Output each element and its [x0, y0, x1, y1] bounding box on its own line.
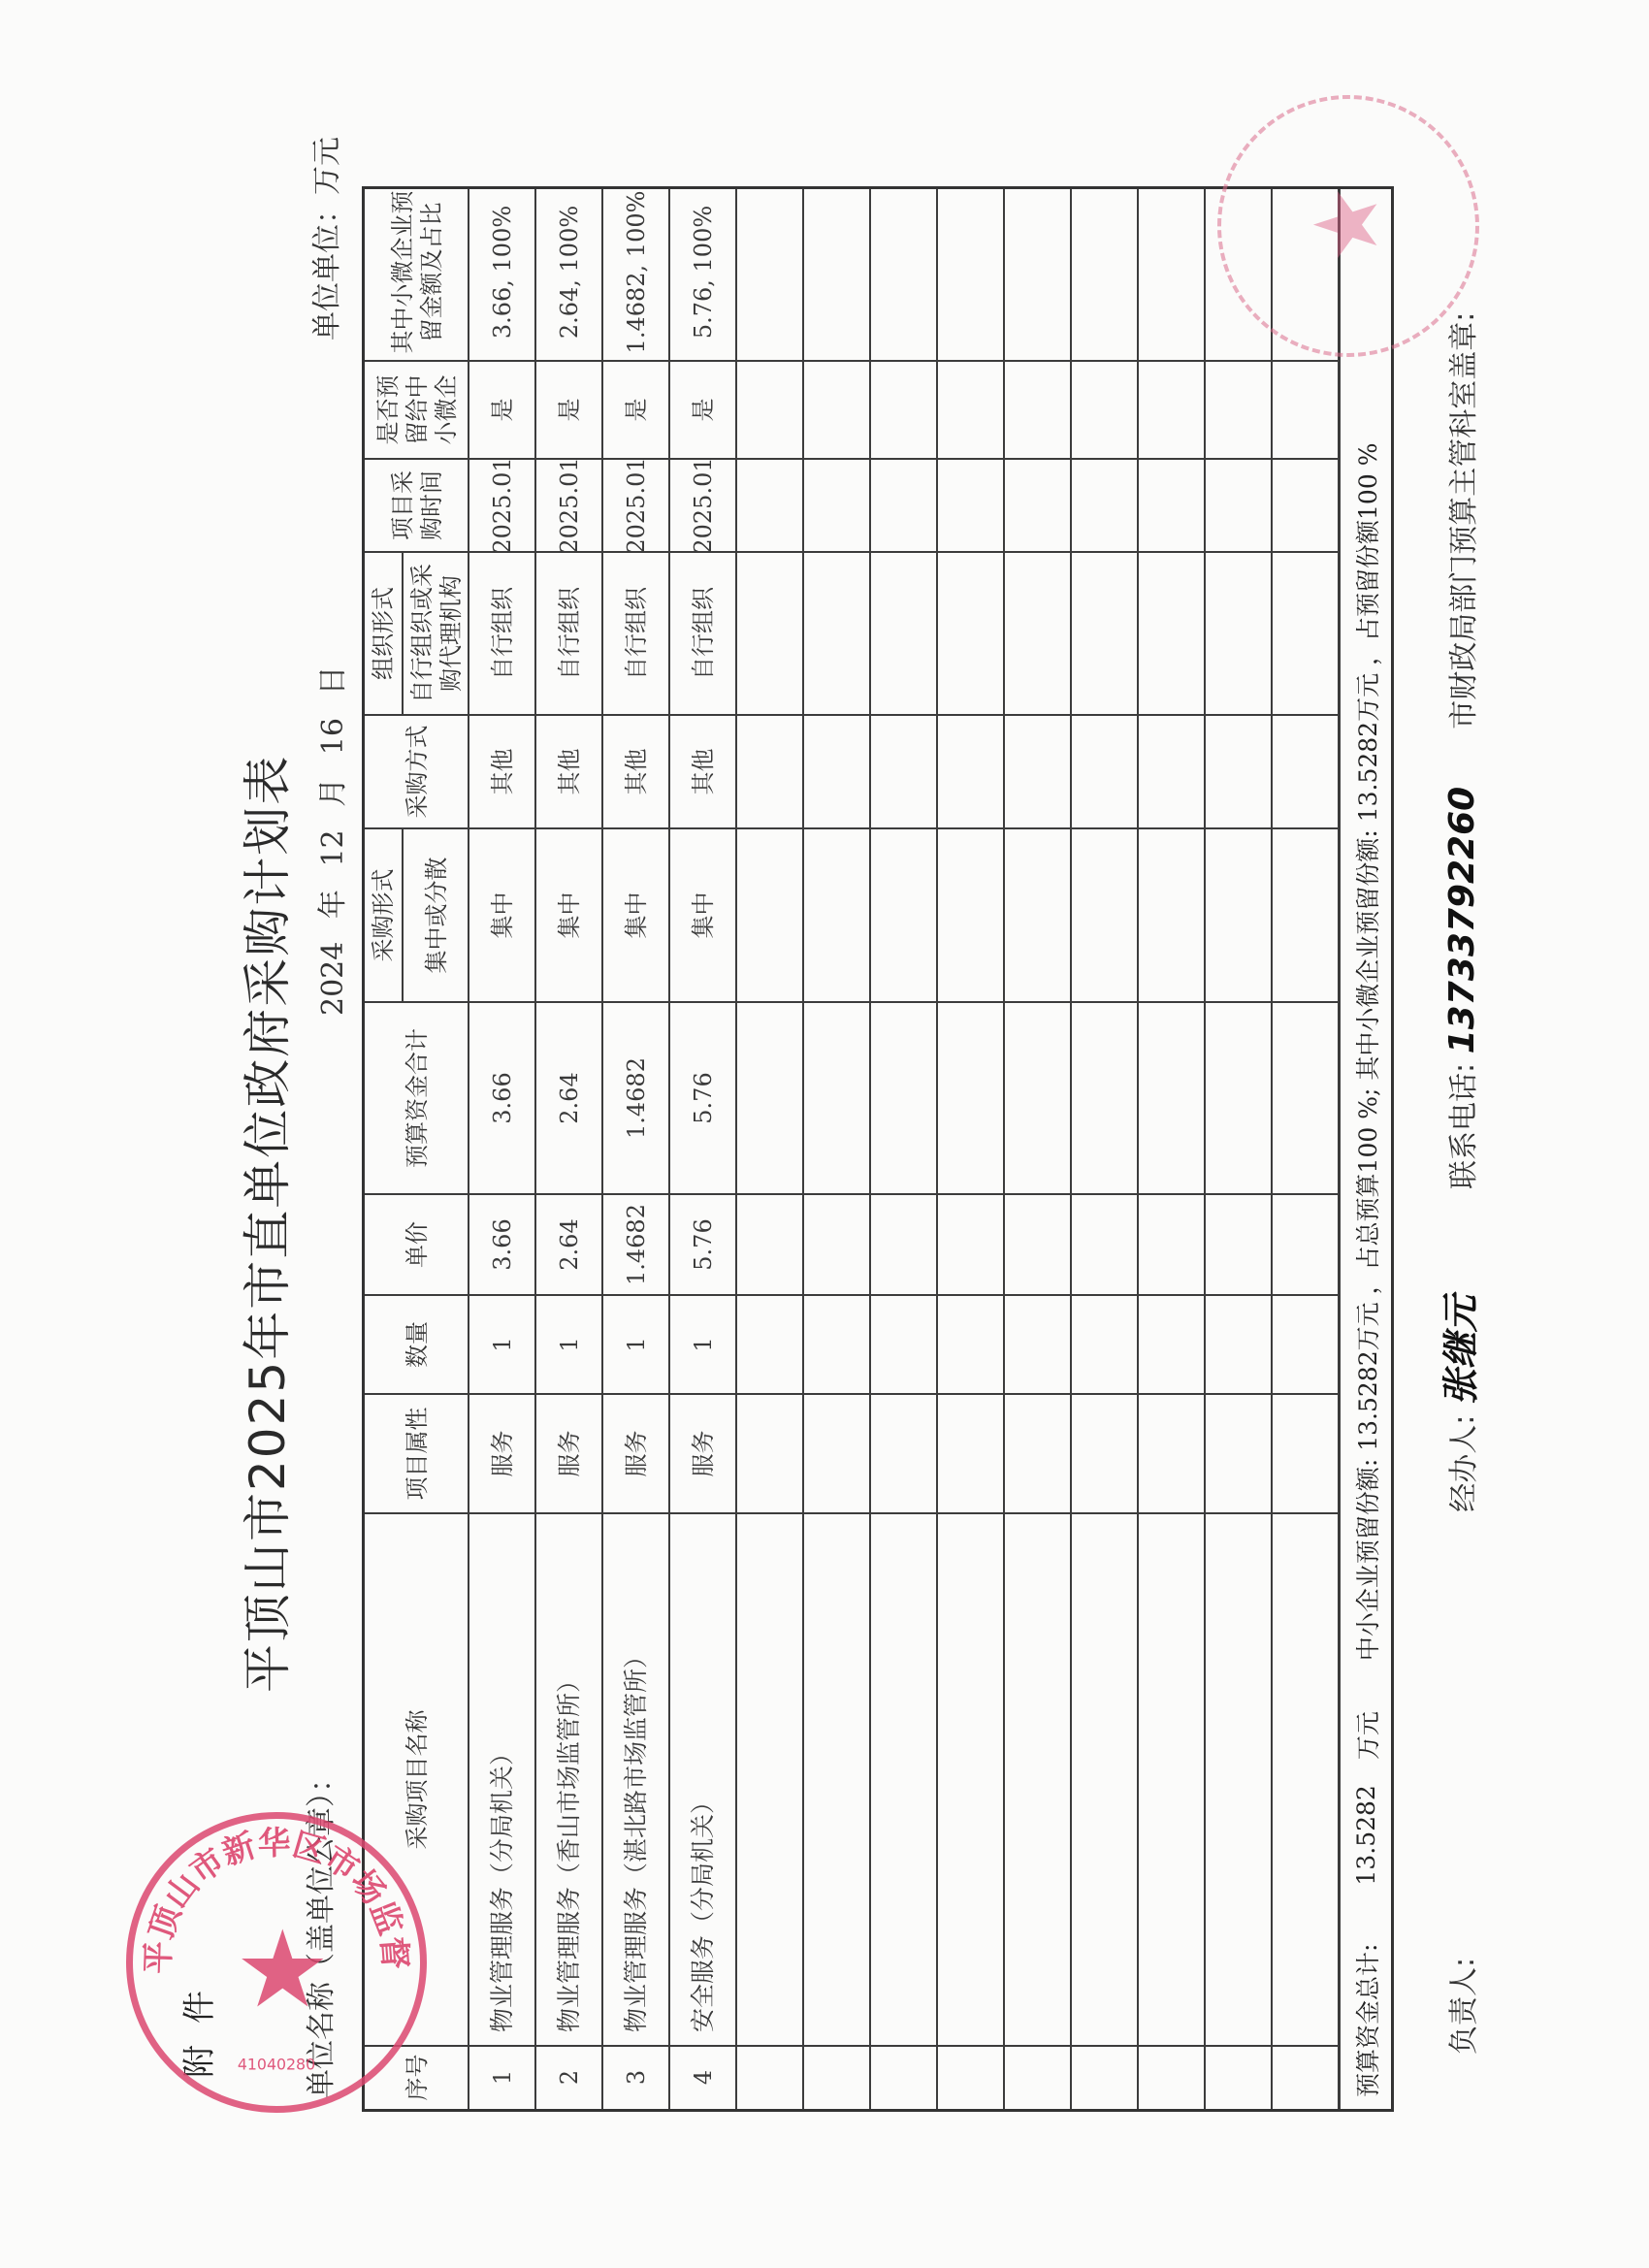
- total-budget-label: 预算资金总计:: [1349, 1944, 1384, 2097]
- table-cell-reserved: 是: [669, 361, 736, 459]
- grid-line: [1003, 189, 1005, 2109]
- table-cell-method: 其他: [602, 715, 669, 828]
- table-cell-attr: 服务: [469, 1394, 535, 1513]
- phone-label: 联系电话:: [1447, 1063, 1481, 1189]
- column-header-unit_price: 单价: [365, 1194, 469, 1295]
- procurement-table: 预算资金总计: 13.5282 万元 中小企业预留份额: 13.5282万元 ，…: [362, 186, 1394, 2112]
- table-cell-seq: 3: [602, 2046, 669, 2109]
- table-cell-reserved_amount: 3.66, 100%: [469, 183, 535, 361]
- date-year: 2024: [316, 942, 350, 1016]
- official-seal-right: ★: [1217, 95, 1479, 357]
- table-cell-org: 自行组织: [669, 552, 736, 715]
- table-cell-method: 其他: [535, 715, 602, 828]
- column-header-method: 采购方式: [365, 715, 469, 828]
- sme-reserved-summary: 中小企业预留份额: 13.5282万元 ，占总预算100 %; 其中小微企业预留…: [1349, 443, 1384, 1662]
- table-cell-reserved: 是: [602, 361, 669, 459]
- table-cell-name: 安全服务（分局机关）: [669, 1513, 736, 2046]
- signature-line: 负责人: 经办人: 张继元 联系电话: 13733792260 市财政局部门预算…: [1431, 312, 1484, 2055]
- table-cell-budget: 5.76: [669, 1002, 736, 1194]
- table-cell-method: 其他: [469, 715, 535, 828]
- column-group-header: 采购形式: [365, 828, 404, 1002]
- column-header-form: 集中或分散: [404, 828, 469, 1002]
- total-budget-unit: 万元: [1349, 1711, 1384, 1760]
- table-cell-unit_price: 3.66: [469, 1194, 535, 1295]
- table-cell-reserved: 是: [469, 361, 535, 459]
- date-year-suffix: 年: [316, 890, 350, 919]
- column-header-attr: 项目属性: [365, 1394, 469, 1513]
- table-cell-unit_price: 2.64: [535, 1194, 602, 1295]
- date-month: 12: [316, 829, 350, 866]
- table-cell-time: 2025.01: [469, 459, 535, 552]
- procurement-plan-page: 附件 单位名称（盖单位公章）： 平顶山市2025年市直单位政府采购计划表 202…: [0, 0, 1649, 2268]
- star-icon: ★: [1304, 185, 1391, 264]
- handler-signature: 张继元: [1439, 1295, 1482, 1406]
- total-budget-value: 13.5282: [1352, 1785, 1380, 1885]
- currency-unit-label: 单位单位：万元: [303, 137, 345, 340]
- grid-line: [936, 189, 938, 2109]
- table-cell-form: 集中: [469, 828, 535, 1002]
- table-cell-seq: 4: [669, 2046, 736, 2109]
- column-header-budget: 预算资金合计: [365, 1002, 469, 1194]
- handler-label: 经办人:: [1447, 1415, 1481, 1512]
- table-cell-qty: 1: [469, 1295, 535, 1394]
- table-cell-reserved: 是: [535, 361, 602, 459]
- table-cell-org: 自行组织: [535, 552, 602, 715]
- date-day-suffix: 日: [316, 666, 350, 696]
- responsible-label: 负责人:: [1447, 1958, 1481, 2055]
- table-cell-budget: 1.4682: [602, 1002, 669, 1194]
- table-cell-name: 物业管理服务（分局机关）: [469, 1513, 535, 2046]
- grid-line: [1204, 189, 1206, 2109]
- table-cell-unit_price: 1.4682: [602, 1194, 669, 1295]
- column-header-reserved_amount: 其中小微企业预留金额及占比: [365, 183, 469, 361]
- table-cell-org: 自行组织: [469, 552, 535, 715]
- grid-line: [1137, 189, 1139, 2109]
- table-cell-attr: 服务: [669, 1394, 736, 1513]
- finance-dept-seal-label: 市财政局部门预算主管科室盖章:: [1447, 312, 1481, 729]
- official-seal-left: 平顶山市新华区市场监督管理局 41040280 ★: [126, 1812, 427, 2113]
- table-cell-seq: 2: [535, 2046, 602, 2109]
- table-cell-name: 物业管理服务（湛北路市场监管所）: [602, 1513, 669, 2046]
- table-cell-org: 自行组织: [602, 552, 669, 715]
- table-cell-seq: 1: [469, 2046, 535, 2109]
- grid-line: [1070, 189, 1072, 2109]
- grid-line: [1271, 189, 1273, 2109]
- svg-text:41040280: 41040280: [238, 2056, 315, 2074]
- table-cell-unit_price: 5.76: [669, 1194, 736, 1295]
- table-cell-reserved_amount: 5.76, 100%: [669, 183, 736, 361]
- table-cell-time: 2025.01: [535, 459, 602, 552]
- date-line: 2024 年 12 月 16 日: [308, 666, 351, 1016]
- table-cell-name: 物业管理服务（香山市场监管所）: [535, 1513, 602, 2046]
- star-icon: ★: [235, 1916, 331, 2023]
- grid-line: [1338, 189, 1341, 2109]
- date-month-suffix: 月: [316, 778, 350, 807]
- phone-value: 13733792260: [1442, 787, 1482, 1054]
- table-cell-time: 2025.01: [669, 459, 736, 552]
- table-cell-qty: 1: [535, 1295, 602, 1394]
- date-day: 16: [316, 718, 350, 755]
- table-cell-qty: 1: [669, 1295, 736, 1394]
- table-cell-form: 集中: [602, 828, 669, 1002]
- column-header-qty: 数量: [365, 1295, 469, 1394]
- table-cell-form: 集中: [535, 828, 602, 1002]
- table-cell-form: 集中: [669, 828, 736, 1002]
- column-header-reserved: 是否预留给中小微企: [365, 361, 469, 459]
- table-cell-attr: 服务: [535, 1394, 602, 1513]
- table-cell-reserved_amount: 2.64, 100%: [535, 183, 602, 361]
- table-cell-budget: 3.66: [469, 1002, 535, 1194]
- column-header-time: 项目采购时间: [365, 459, 469, 552]
- table-footer-row: 预算资金总计: 13.5282 万元 中小企业预留份额: 13.5282万元 ，…: [1339, 189, 1394, 2109]
- table-cell-reserved_amount: 1.4682, 100%: [602, 183, 669, 361]
- column-header-org: 自行组织或采购代理机构: [404, 552, 469, 715]
- grid-line: [802, 189, 804, 2109]
- grid-line: [869, 189, 871, 2109]
- table-cell-time: 2025.01: [602, 459, 669, 552]
- column-group-header: 组织形式: [365, 552, 404, 715]
- table-cell-budget: 2.64: [535, 1002, 602, 1194]
- table-cell-method: 其他: [669, 715, 736, 828]
- table-cell-qty: 1: [602, 1295, 669, 1394]
- table-cell-attr: 服务: [602, 1394, 669, 1513]
- page-title: 平顶山市2025年市直单位政府采购计划表: [229, 755, 299, 1693]
